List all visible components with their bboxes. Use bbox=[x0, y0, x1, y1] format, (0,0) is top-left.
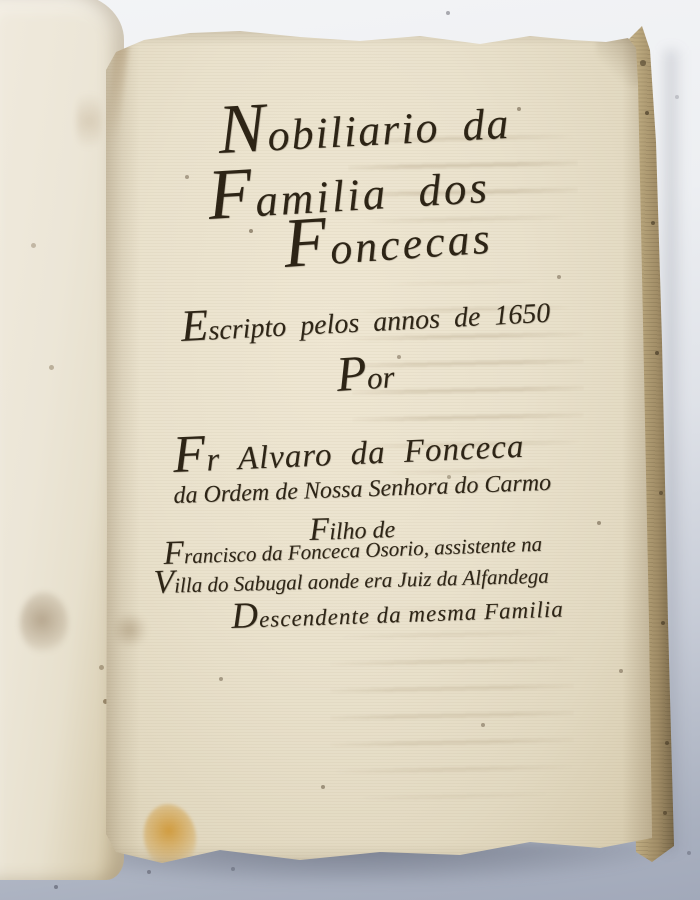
manuscript-photo: Nobiliario da Familia dos Foncecas Escri… bbox=[0, 0, 700, 900]
by-word: Por bbox=[335, 352, 396, 399]
father-line-3: Descendente da mesma Familia bbox=[231, 590, 564, 634]
written-year-line: Escripto pelos annos de 1650 bbox=[180, 291, 551, 349]
title-page-text: Nobiliario da Familia dos Foncecas Escri… bbox=[100, 24, 652, 868]
title-page: Nobiliario da Familia dos Foncecas Escri… bbox=[100, 24, 652, 868]
left-facing-page bbox=[0, 0, 124, 880]
stain-smudge bbox=[76, 86, 102, 156]
title-line-3: Foncecas bbox=[282, 204, 494, 278]
stain-smudge bbox=[20, 592, 68, 654]
